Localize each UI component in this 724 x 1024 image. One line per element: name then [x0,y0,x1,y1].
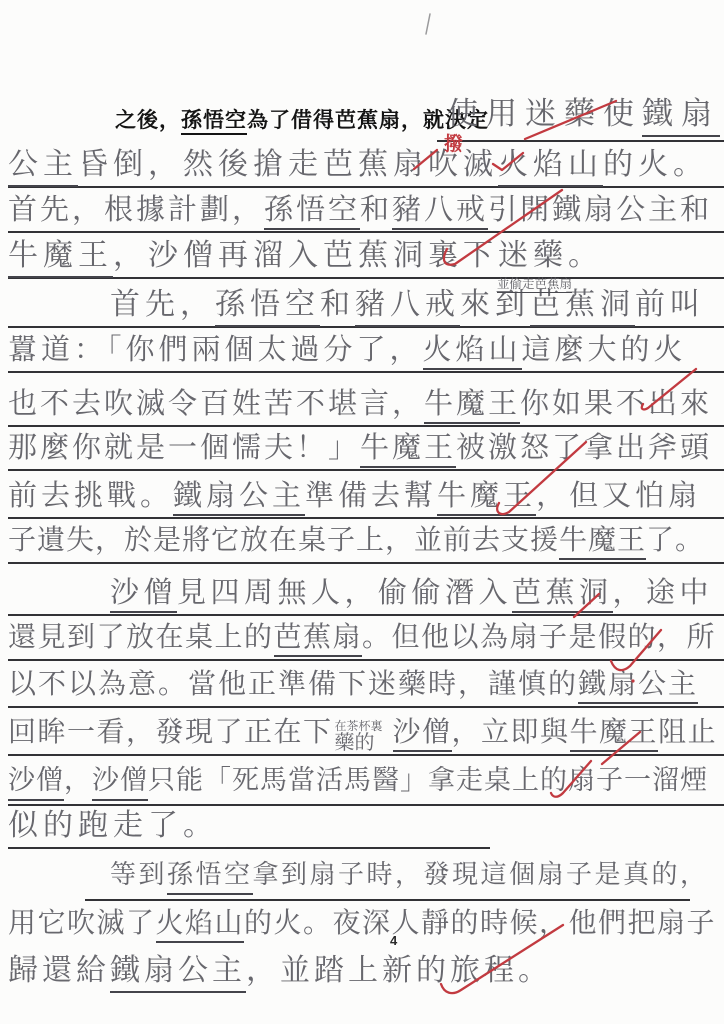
hand-text: 囂道：「你們兩個太過分了， [8,331,423,367]
handwritten-line-2: 公主昏倒，然後搶走芭蕉扇吹滅火焰山的火。 [8,146,708,187]
handwritten-line-15: 沙僧，沙僧只能「死馬當活馬醫」拿走桌上的扇子一溜煙 [8,764,708,801]
handwritten-line-17: 等到孫悟空拿到扇子時，發現這個扇子是真的， [110,859,709,895]
handwritten-line-19: 歸還給鐵扇公主，並踏上新的旅程。 [8,952,552,993]
underlined-term: 芭蕉洞 [512,574,613,613]
handwritten-line-5: 首先，孫悟空和豬八戒來到芭蕉洞前叫 [110,286,705,327]
handwritten-line-10: 子遺失，於是將它放在桌子上，並前去支援牛魔王了。 [8,522,704,560]
handwritten-line-12: 還見到了放在桌上的芭蕉扇。但他以為扇子是假的，所 [8,619,716,657]
underlined-term: 豬八戒 [392,191,488,230]
hand-text: 被激怒了拿出斧頭 [456,429,712,465]
hand-text: 回眸一看，發現了正在下 [8,714,333,749]
hand-text: ，沙僧再溜入芭蕉洞裏下迷藥。 [113,237,603,275]
hand-text: 似的跑走了。 [8,807,218,845]
underlined-term: 鐵扇公主 [110,952,246,993]
rule-line [8,847,490,849]
hand-text: 首先， [110,286,215,324]
hand-text: 和 [320,286,355,324]
hand-text: 用它吹滅了 [8,905,156,940]
handwritten-line-11: 沙僧見四周無人，偷偷潛入芭蕉洞，途中 [110,574,713,613]
hand-text: 還見到了放在桌上的 [8,619,274,654]
underlined-term: 火焰山 [498,146,603,187]
underlined-term: 公主 [8,146,78,187]
hand-text: 的火。 [603,146,708,184]
underlined-term: 沙僧 [393,714,452,752]
prompt-underlined-name: 孫悟空 [181,109,247,135]
rule-line [8,706,724,708]
inserted-margin-note: 並偷走芭蕉扇 [497,274,572,293]
hand-text: 的火。夜深人靜的時候，他們把扇子 [244,905,716,940]
hand-text: ， [64,764,92,798]
hand-text: 首先，根據計劃， [8,191,264,227]
scanned-essay-page: 之後，孫悟空為了借得芭蕉扇，就決定 使用迷藥使鐵扇 公主昏倒，然後搶走芭蕉扇吹滅… [0,0,724,1024]
hand-text: ，立即與 [452,714,570,749]
hand-text: 前去挑戰。 [8,477,173,513]
hand-text: 了。 [646,522,704,557]
underlined-term: 牛魔王 [360,429,456,468]
printed-prompt: 之後，孫悟空為了借得芭蕉扇，就決定 [115,104,489,134]
rule-line [8,659,724,661]
rule-line [8,231,724,233]
hand-text: 昏倒，然後搶走芭蕉扇吹滅 [78,146,498,184]
rule-line [8,804,724,806]
underlined-term: 孫悟空 [215,286,320,327]
rule-line [437,140,724,142]
underlined-term: 豬八戒 [355,286,460,327]
hand-text: ，並踏上新的旅程。 [246,952,552,990]
rule-line [8,371,724,373]
inserted-text: 藥的 [335,732,391,752]
underlined-term: 沙僧 [110,574,177,613]
hand-text: 你如果不出來 [520,385,712,421]
hand-text: 只能「死馬當活馬醫」拿走桌上的扇子一溜煙 [148,764,708,798]
handwritten-line-1: 使用迷藥使鐵扇 [447,95,720,137]
underlined-term: 鐵扇公主 [578,666,698,704]
underlined-term: 火焰山 [156,905,245,943]
handwritten-line-7: 也不去吹滅令百姓苦不堪言，牛魔王你如果不出來 [8,385,712,424]
hand-text: 這麼大的火 [522,331,687,367]
underlined-term: 沙僧 [92,764,148,801]
hand-text: 使用迷藥使 [447,95,642,134]
handwritten-line-8: 那麼你就是一個懦夫！」牛魔王被激怒了拿出斧頭 [8,429,712,468]
hand-text: 拿到扇子時，發現這個扇子是真的， [253,859,709,892]
hand-text: ，但又怕扇 [536,477,701,513]
hand-text: 子遺失，於是將它放在桌子上，並前去支援 [8,522,559,557]
handwritten-line-14: 回眸一看，發現了正在下在茶杯裏藥的沙僧，立即與牛魔王阻止 [8,714,717,752]
underlined-term: 牛魔王 [559,522,646,560]
handwritten-line-9: 前去挑戰。鐵扇公主準備去幫牛魔王，但又怕扇 [8,477,701,516]
underlined-term: 孫悟空 [264,191,360,230]
rule-line [85,899,690,901]
underlined-term: 沙僧 [8,764,64,801]
rule-line [8,469,724,471]
handwritten-line-16: 似的跑走了。 [8,807,218,845]
hand-text: 準備去幫 [305,477,437,513]
hand-text: 阻止 [658,714,717,749]
underlined-term: 鐵扇 [642,95,720,137]
hand-text: 。但他以為扇子是假的，所 [362,619,716,654]
inserted-correction-stack: 在茶杯裏藥的 [335,720,391,752]
rule-line [8,517,724,519]
rule-line [8,614,724,616]
rule-line [8,754,724,756]
underlined-term: 芭蕉扇 [274,619,363,657]
hand-text: ，途中 [613,574,714,610]
underlined-term: 牛魔王 [570,714,659,752]
hand-text: 等到 [110,859,167,892]
hand-text: 前叫 [635,286,705,324]
prompt-text: 之後， [115,109,181,132]
page-number: 4 [390,933,397,948]
handwritten-line-4: 牛魔王，沙僧再溜入芭蕉洞裏下迷藥。 [8,237,603,278]
handwritten-line-18: 用它吹滅了火焰山的火。夜深人靜的時候，他們把扇子 [8,905,716,943]
underlined-term: 鐵扇公主 [173,477,305,516]
underlined-term: 牛魔王 [437,477,536,516]
underlined-term: 牛魔王 [8,237,113,278]
rule-line [8,562,724,564]
handwritten-line-13: 以不以為意。當他正準備下迷藥時，謹慎的鐵扇公主 [8,666,698,704]
underlined-term: 火焰山 [423,331,522,370]
hand-text: 見四周無人，偷偷潛入 [177,574,512,610]
hand-text: 和 [360,191,392,227]
hand-text: 以不以為意。當他正準備下迷藥時，謹慎的 [8,666,578,701]
underlined-term: 孫悟空 [167,859,253,895]
handwritten-line-3: 首先，根據計劃，孫悟空和豬八戒引開鐵扇公主和 [8,191,712,230]
underlined-term: 牛魔王 [424,385,520,424]
handwritten-line-6: 囂道：「你們兩個太過分了，火焰山這麼大的火 [8,331,687,370]
stray-pencil-mark [426,14,430,34]
rule-line [8,425,724,427]
red-correction-character: 撥 [444,129,463,156]
hand-text: 歸還給 [8,952,110,990]
hand-text: 那麼你就是一個懦夫！」 [8,429,360,465]
hand-text: 也不去吹滅令百姓苦不堪言， [8,385,424,421]
hand-text: 引開鐵扇公主和 [488,191,712,227]
